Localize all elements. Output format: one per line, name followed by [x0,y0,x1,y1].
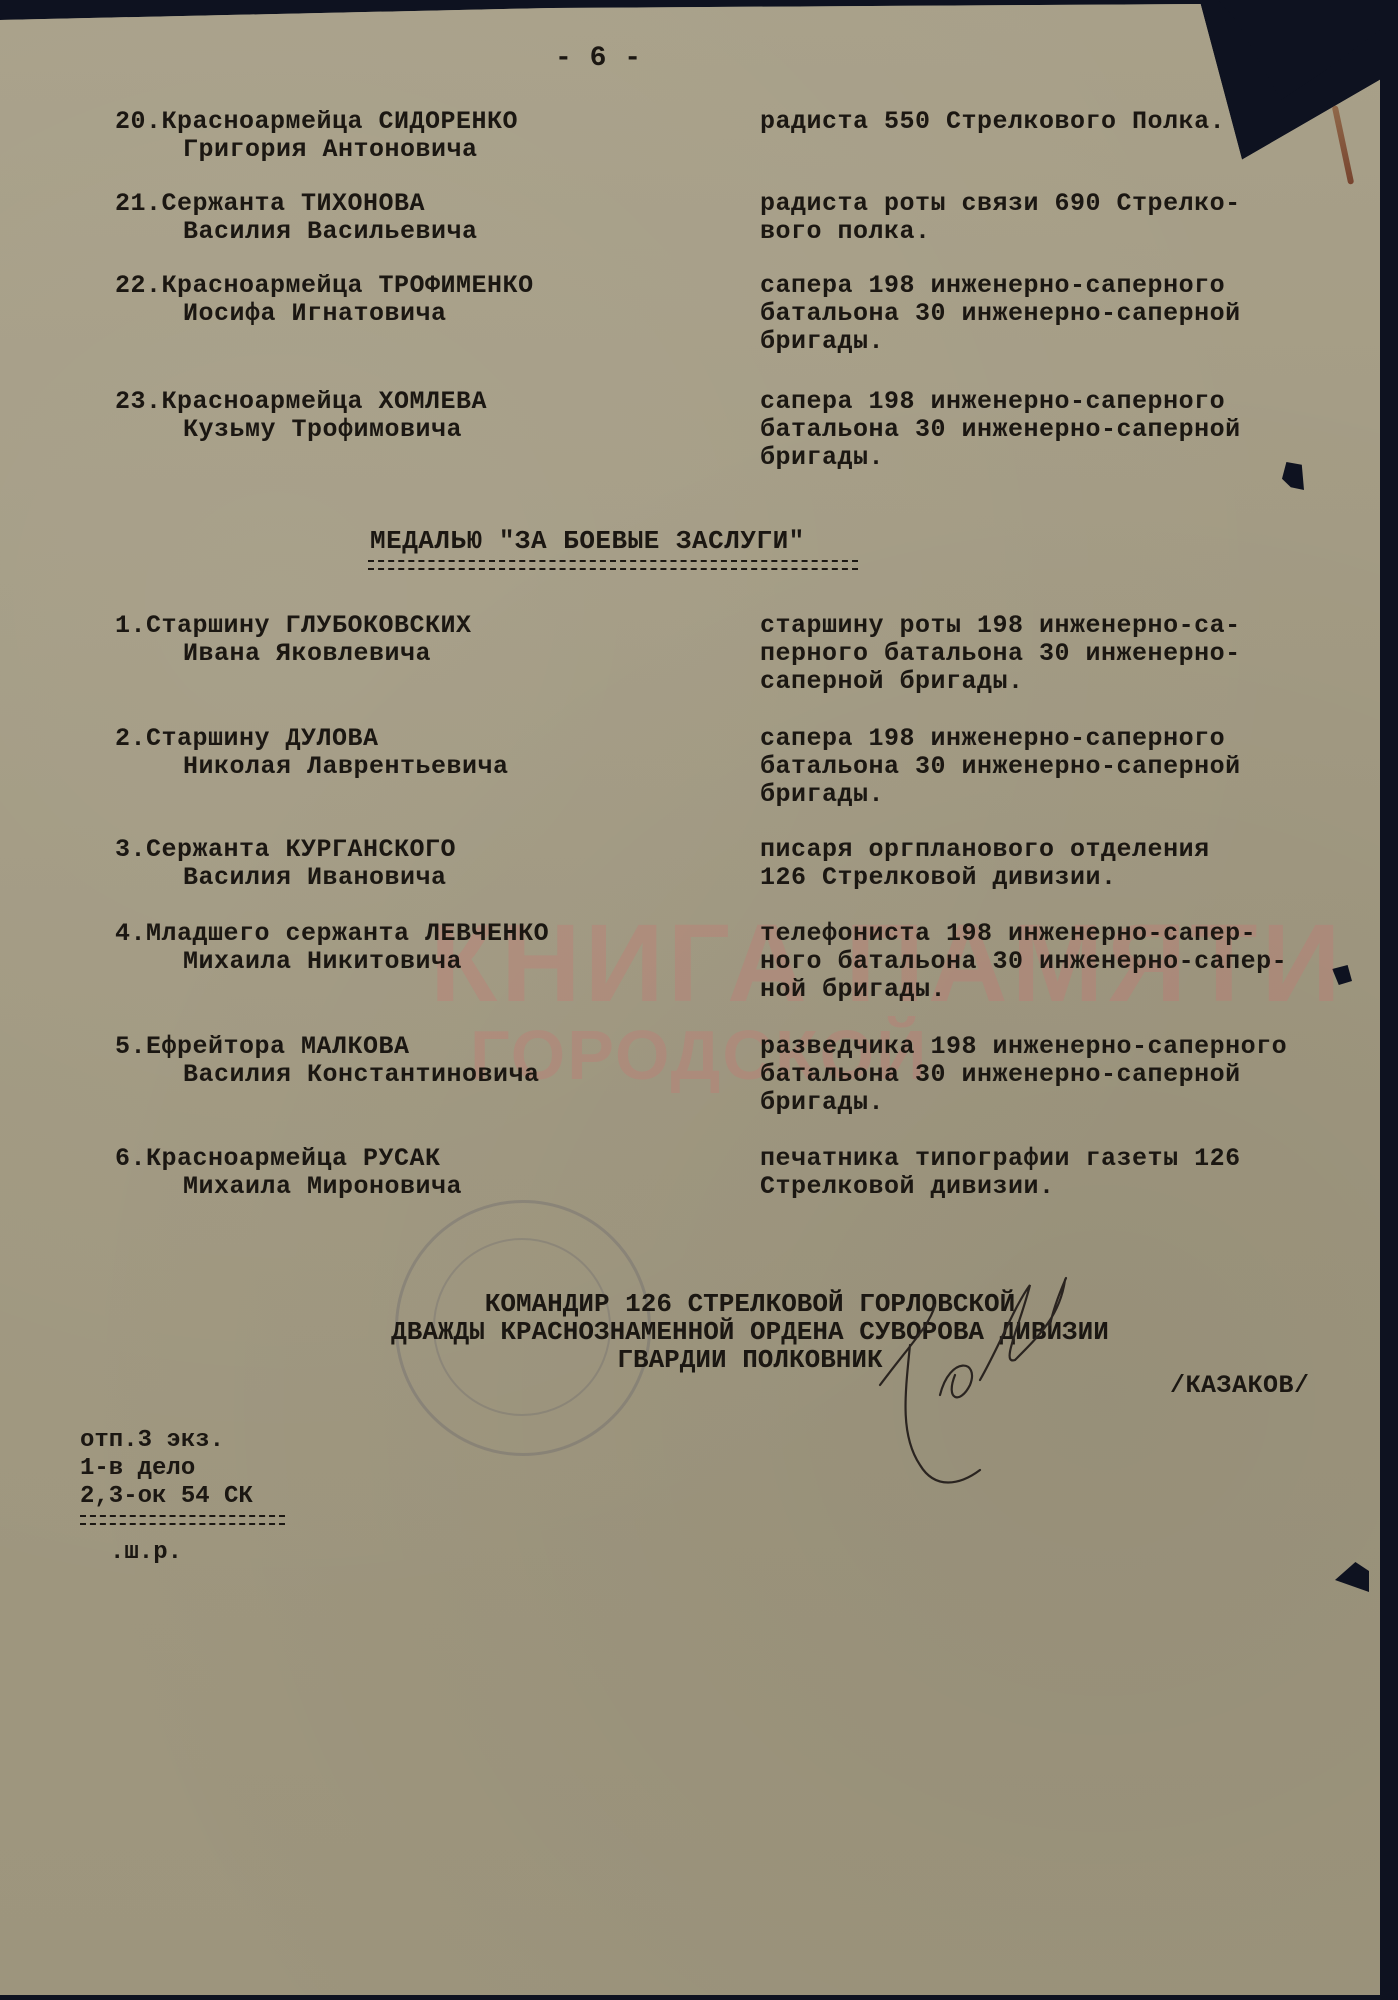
recipient-given-names: Василия Васильевича [115,218,735,246]
recipient-given-names: Кузьму Трофимовича [115,416,735,444]
recipient-position: телефониста 198 инженерно-сапер-ного бат… [760,920,1390,1004]
distribution-line1: отп.3 экз. [80,1427,285,1455]
recipient-given-names: Михаила Мироновича [115,1173,735,1201]
position-line: сапера 198 инженерно-саперного [760,725,1390,753]
position-line: бригады. [760,781,1390,809]
position-line: батальона 30 инженерно-саперной [760,753,1390,781]
position-line: батальона 30 инженерно-саперной [760,300,1390,328]
position-line: телефониста 198 инженерно-сапер- [760,920,1390,948]
recipient-name: 23.Красноармейца ХОМЛЕВАКузьму Трофимови… [115,388,735,444]
recipient-name: 3.Сержанта КУРГАНСКОГОВасилия Ивановича [115,836,735,892]
recipient-name: 5.Ефрейтора МАЛКОВАВасилия Константинови… [115,1033,735,1089]
position-line: ной бригады. [760,976,1390,1004]
position-line: бригады. [760,1089,1390,1117]
recipient-name: 20.Красноармейца СИДОРЕНКОГригория Антон… [115,108,735,164]
distribution-note: отп.3 экз. 1-в дело 2,3-ок 54 СК .ш.р. [80,1427,285,1567]
position-line: разведчика 198 инженерно-саперного [760,1033,1390,1061]
handwritten-signature [850,1265,1100,1505]
recipient-rank-surname: 23.Красноармейца ХОМЛЕВА [115,388,735,416]
position-line: писаря оргпланового отделения [760,836,1390,864]
position-line: старшину роты 198 инженерно-са- [760,612,1390,640]
recipient-rank-surname: 2.Старшину ДУЛОВА [115,725,735,753]
recipient-position: сапера 198 инженерно-саперногобатальона … [760,272,1390,356]
typist-initials: .ш.р. [80,1539,285,1567]
recipient-given-names: Николая Лаврентьевича [115,753,735,781]
recipient-rank-surname: 1.Старшину ГЛУБОКОВСКИХ [115,612,735,640]
recipient-name: 6.Красноармейца РУСАКМихаила Мироновича [115,1145,735,1201]
recipient-position: старшину роты 198 инженерно-са-перного б… [760,612,1390,696]
position-line: батальона 30 инженерно-саперной [760,1061,1390,1089]
recipient-name: 22.Красноармейца ТРОФИМЕНКОИосифа Игнато… [115,272,735,328]
position-line: вого полка. [760,218,1390,246]
recipient-position: сапера 198 инженерно-саперногобатальона … [760,725,1390,809]
heading-underline [368,560,858,570]
recipient-given-names: Григория Антоновича [115,136,735,164]
recipient-given-names: Василия Константиновича [115,1061,735,1089]
recipient-rank-surname: 20.Красноармейца СИДОРЕНКО [115,108,735,136]
medal-heading: МЕДАЛЬЮ "ЗА БОЕВЫЕ ЗАСЛУГИ" [370,527,805,555]
recipient-rank-surname: 3.Сержанта КУРГАНСКОГО [115,836,735,864]
commander-name: /КАЗАКОВ/ [1170,1372,1310,1400]
recipient-position: радиста роты связи 690 Стрелко-вого полк… [760,190,1390,246]
position-line: бригады. [760,328,1390,356]
recipient-name: 21.Сержанта ТИХОНОВАВасилия Васильевича [115,190,735,246]
position-line: батальона 30 инженерно-саперной [760,416,1390,444]
distribution-line3: 2,3-ок 54 СК [80,1483,285,1511]
recipient-rank-surname: 21.Сержанта ТИХОНОВА [115,190,735,218]
position-line: бригады. [760,444,1390,472]
recipient-position: писаря оргпланового отделения126 Стрелко… [760,836,1390,892]
recipient-name: 1.Старшину ГЛУБОКОВСКИХИвана Яковлевича [115,612,735,668]
recipient-position: печатника типографии газеты 126Стрелково… [760,1145,1390,1201]
position-line: ного батальона 30 инженерно-сапер- [760,948,1390,976]
distribution-underline [80,1515,285,1525]
recipient-given-names: Ивана Яковлевича [115,640,735,668]
recipient-position: разведчика 198 инженерно-саперногобаталь… [760,1033,1390,1117]
recipient-name: 2.Старшину ДУЛОВАНиколая Лаврентьевича [115,725,735,781]
position-line: печатника типографии газеты 126 [760,1145,1390,1173]
recipient-position: сапера 198 инженерно-саперногобатальона … [760,388,1390,472]
recipient-rank-surname: 6.Красноармейца РУСАК [115,1145,735,1173]
torn-corner [1200,0,1380,100]
position-line: саперной бригады. [760,668,1390,696]
position-line: Стрелковой дивизии. [760,1173,1390,1201]
position-line: 126 Стрелковой дивизии. [760,864,1390,892]
position-line: радиста роты связи 690 Стрелко- [760,190,1390,218]
distribution-line2: 1-в дело [80,1455,285,1483]
position-line: перного батальона 30 инженерно- [760,640,1390,668]
recipient-position: радиста 550 Стрелкового Полка. [760,108,1390,136]
recipient-given-names: Иосифа Игнатовича [115,300,735,328]
position-line: радиста 550 Стрелкового Полка. [760,108,1390,136]
position-line: сапера 198 инженерно-саперного [760,272,1390,300]
recipient-rank-surname: 5.Ефрейтора МАЛКОВА [115,1033,735,1061]
recipient-rank-surname: 22.Красноармейца ТРОФИМЕНКО [115,272,735,300]
recipient-name: 4.Младшего сержанта ЛЕВЧЕНКОМихаила Ники… [115,920,735,976]
recipient-given-names: Василия Ивановича [115,864,735,892]
recipient-rank-surname: 4.Младшего сержанта ЛЕВЧЕНКО [115,920,735,948]
page-number: - 6 - [555,45,642,73]
recipient-given-names: Михаила Никитовича [115,948,735,976]
position-line: сапера 198 инженерно-саперного [760,388,1390,416]
